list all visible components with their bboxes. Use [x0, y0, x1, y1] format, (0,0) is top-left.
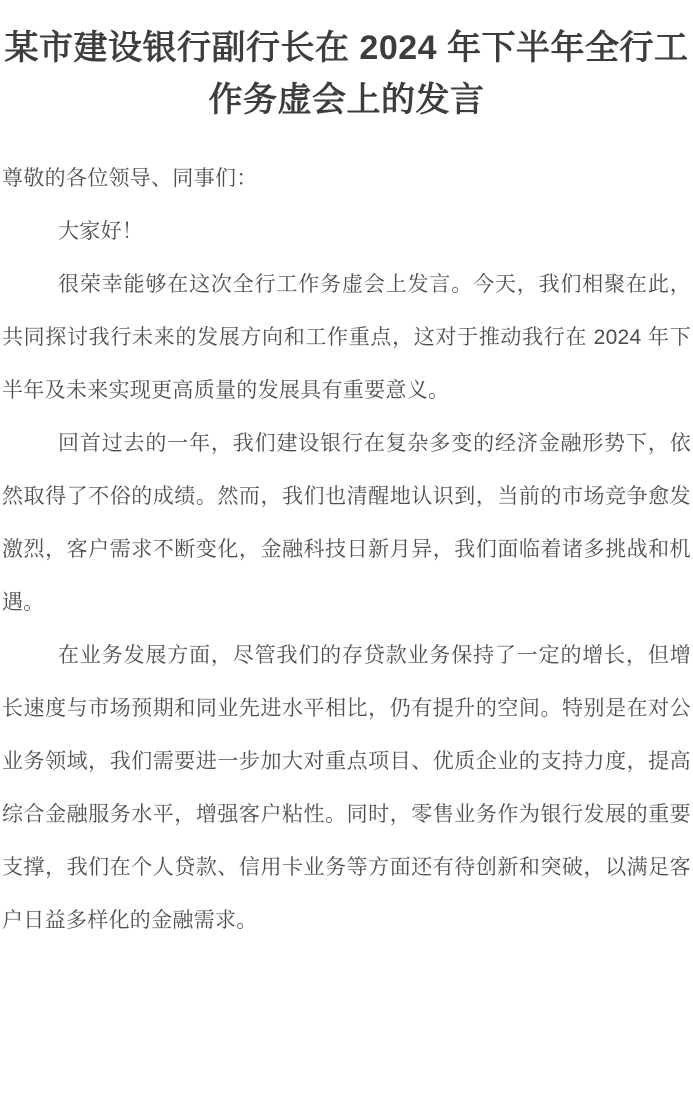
salutation-paragraph: 尊敬的各位领导、同事们： [2, 152, 691, 205]
body-paragraph: 回首过去的一年，我们建设银行在复杂多变的经济金融形势下，依然取得了不俗的成绩。然… [2, 417, 691, 629]
document-body: 尊敬的各位领导、同事们： 大家好！ 很荣幸能够在这次全行工作务虚会上发言。今天，… [2, 152, 691, 947]
document-title: 某市建设银行副行长在 2024 年下半年全行工作务虚会上的发言 [2, 22, 691, 126]
body-paragraph: 很荣幸能够在这次全行工作务虚会上发言。今天，我们相聚在此，共同探讨我行未来的发展… [2, 258, 691, 417]
document-page: 某市建设银行副行长在 2024 年下半年全行工作务虚会上的发言 尊敬的各位领导、… [0, 0, 693, 1097]
body-paragraph: 在业务发展方面，尽管我们的存贷款业务保持了一定的增长，但增长速度与市场预期和同业… [2, 629, 691, 947]
greeting-paragraph: 大家好！ [2, 205, 691, 258]
